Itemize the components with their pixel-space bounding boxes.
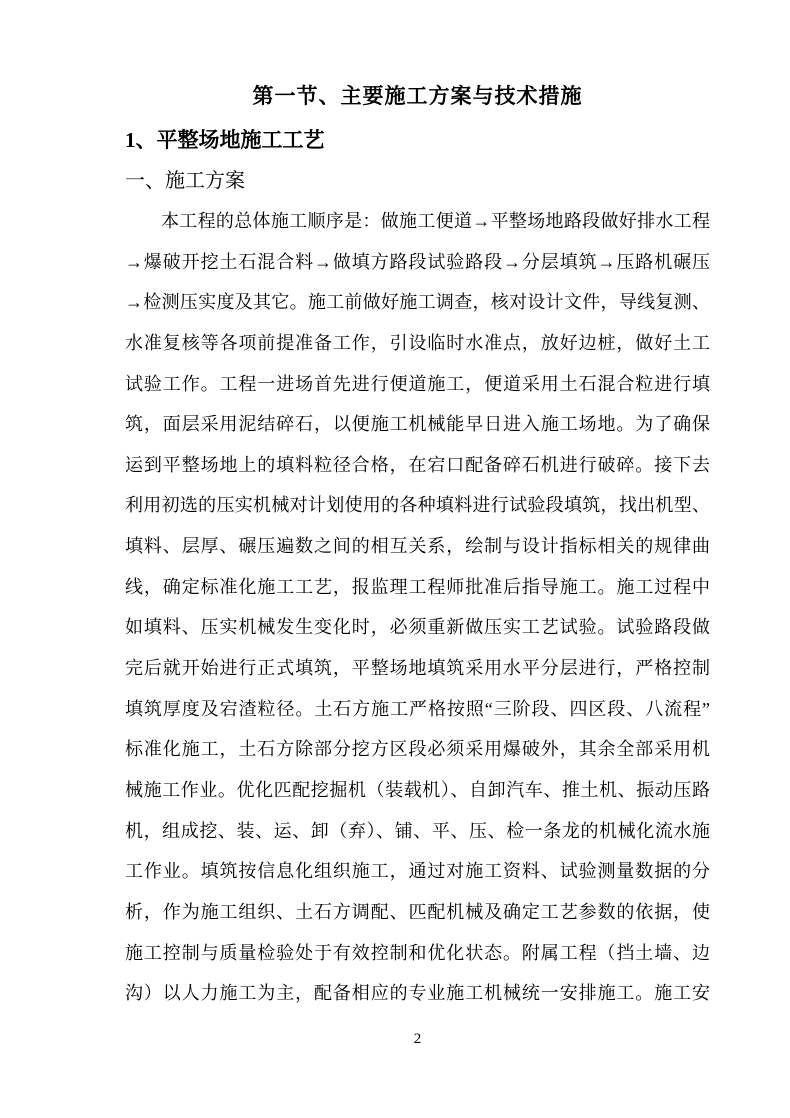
body-line: 试验工作。工程一进场首先进行便道施工，便道采用土石混合粒进行填 [125,364,710,405]
body-line: 沟）以人力施工为主，配备相应的专业施工机械统一安排施工。施工安 [125,973,710,1014]
body-line: 械施工作业。优化匹配挖掘机（装载机）、自卸汽车、推土机、振动压路 [125,770,710,811]
body-line: →检测压实度及其它。施工前做好施工调查，核对设计文件，导线复测、 [125,282,710,323]
body-line: →爆破开挖土石混合料→做填方路段试验路段→分层填筑→压路机碾压 [125,242,710,283]
body-line: 如填料、压实机械发生变化时，必须重新做压实工艺试验。试验路段做 [125,607,710,648]
page-number: 2 [125,1030,710,1048]
document-content: 第一节、主要施工方案与技术措施 1、平整场地施工工艺 一、施工方案 本工程的总体… [125,84,710,1014]
body-line: 填筑厚度及宕渣粒径。土石方施工严格按照“三阶段、四区段、八流程” [125,689,710,730]
body-line: 本工程的总体施工顺序是：做施工便道→平整场地路段做好排水工程 [125,201,710,242]
body-line: 利用初选的压实机械对计划使用的各种填料进行试验段填筑，找出机型、 [125,485,710,526]
body-line: 标准化施工，土石方除部分挖方区段必须采用爆破外，其余全部采用机 [125,729,710,770]
body-line: 析，作为施工组织、土石方调配、匹配机械及确定工艺参数的依据，使 [125,892,710,933]
body-line: 运到平整场地上的填料粒径合格，在宕口配备碎石机进行破碎。接下去 [125,445,710,486]
heading-level2: 一、施工方案 [125,170,710,192]
body-line: 工作业。填筑按信息化组织施工，通过对施工资料、试验测量数据的分 [125,851,710,892]
document-page: 第一节、主要施工方案与技术措施 1、平整场地施工工艺 一、施工方案 本工程的总体… [0,0,790,1118]
body-line: 施工控制与质量检验处于有效控制和优化状态。附属工程（挡土墙、边 [125,933,710,974]
heading-level1: 1、平整场地施工工艺 [125,128,710,152]
body-line: 填料、层厚、碾压遍数之间的相互关系，绘制与设计指标相关的规律曲 [125,526,710,567]
body-line: 线，确定标准化施工工艺，报监理工程师批准后指导施工。施工过程中 [125,567,710,608]
body-line: 完后就开始进行正式填筑，平整场地填筑采用水平分层进行，严格控制 [125,648,710,689]
body-line: 筑，面层采用泥结碎石，以便施工机械能早日进入施工场地。为了确保 [125,404,710,445]
body-line: 水准复核等各项前提准备工作，引设临时水准点，放好边桩，做好土工 [125,323,710,364]
section-title: 第一节、主要施工方案与技术措施 [125,84,710,108]
paragraph: 本工程的总体施工顺序是：做施工便道→平整场地路段做好排水工程 →爆破开挖土石混合… [125,201,710,1014]
body-line: 机，组成挖、装、运、卸（弃）、铺、平、压、检一条龙的机械化流水施 [125,811,710,852]
